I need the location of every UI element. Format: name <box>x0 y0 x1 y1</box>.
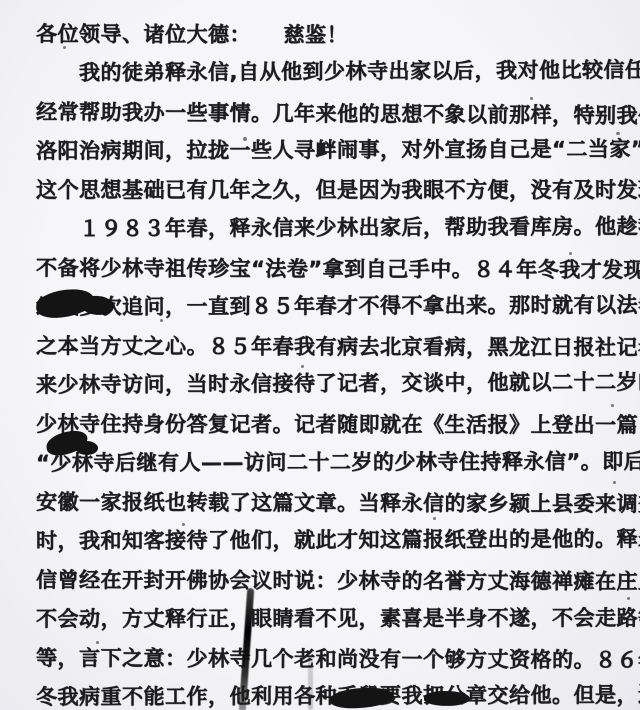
letter-line: 我的徒弟释永信,自从他到少林寺出家以后，我对他比较信任， <box>36 51 622 93</box>
letter-line: 等，言下之意：少林寺几个老和尚没有一个够方丈资格的。８６年 <box>36 639 622 680</box>
letter-line: １９８３年春，释永信来少林出家后，帮助我看库房。他趁我 <box>36 207 622 249</box>
letter-line: 不备将少林寺祖传珍宝“法卷”拿到自己手中。８４年冬我才发现， <box>36 249 622 290</box>
letter-line: 安徽一家报纸也转载了这篇文章。当释永信的家乡颍上县委来调查 <box>36 483 622 524</box>
document-lines: 各位领导、诸位大德： 慈鉴！ 我的徒弟释永信,自从他到少林寺出家以后，我对他比较… <box>36 15 622 710</box>
letter-line: “少林寺后继有人——访问二十二岁的少林寺住持释永信”。即后 <box>36 442 622 483</box>
ink-speck <box>627 597 630 600</box>
scanned-letter-photo: 各位领导、诸位大德： 慈鉴！ 我的徒弟释永信,自从他到少林寺出家以后，我对他比较… <box>0 0 640 710</box>
letter-line: 经常帮助我办一些事情。几年来他的思想不象以前那样，特别我住 <box>36 93 622 136</box>
letter-line: 这个思想基础已有几年之久，但是因为我眼不方便，没有及时发现。 <box>36 171 622 210</box>
letter-line: 来少林寺访问，当时永信接待了记者，交谈中，他就以二十二岁的 <box>36 363 622 405</box>
letter-line: 不会动，方丈释行正，眼睛看不见，素喜是半身不遂，不会走路等 <box>36 599 622 639</box>
letter-line: 经我多次追问，一直到８５年春才不得不拿出来。那时就有以法卷 <box>36 286 622 327</box>
letter-line: 洛阳治病期间，拉拢一些人寻衅闹事，对外宣扬自己是“二当家”。 <box>36 130 622 171</box>
letter-line: 时，我和知客接待了他们，就此才知这篇报纸登出的是他的。释永 <box>36 520 622 561</box>
letter-line: 冬我病重不能工作，他利用各种手段要我把公章交给他。但是，这 <box>36 676 622 710</box>
letter-line: 之本当方丈之心。８５年春我有病去北京看病，黑龙江日报社记者 <box>36 327 622 368</box>
letter-line: 信曾经在开封开佛协会议时说：少林寺的名誉方丈海德禅瘫在庄上 <box>36 561 622 602</box>
letter-line: 少林寺住持身份答复记者。记者随即就在《生活报》上登出一篇 <box>36 405 622 445</box>
letter-line: 各位领导、诸位大德： 慈鉴！ <box>36 15 622 56</box>
